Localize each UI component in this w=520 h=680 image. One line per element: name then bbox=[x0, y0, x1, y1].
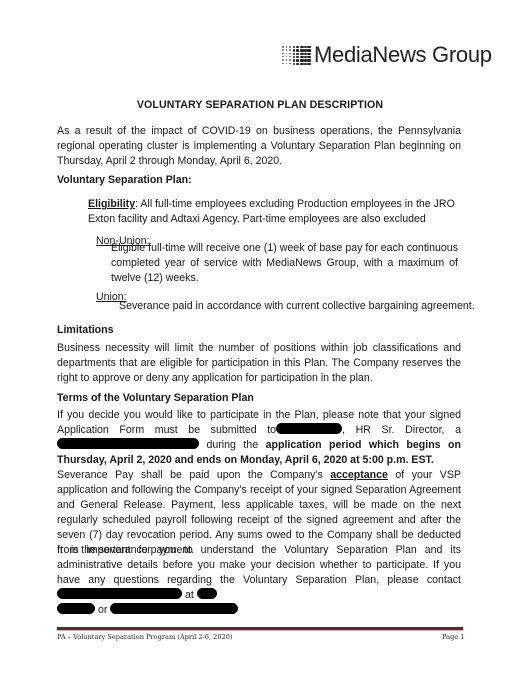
terms-p3-text-c: or bbox=[95, 604, 110, 616]
terms-p1-text-c: during the bbox=[207, 439, 266, 451]
footer-page-number: Page 1 bbox=[442, 633, 465, 641]
logo-text: MediaNews Group bbox=[314, 44, 492, 66]
footer-rule-shadow bbox=[57, 630, 463, 631]
redacted-email-2 bbox=[110, 603, 238, 614]
terms-p3-text-a: It is important for you to understand th… bbox=[57, 544, 461, 586]
terms-paragraph-1: If you decide you would like to particip… bbox=[57, 408, 461, 468]
union-text: Severance paid in accordance with curren… bbox=[119, 299, 479, 314]
document-title: VOLUNTARY SEPARATION PLAN DESCRIPTION bbox=[0, 99, 520, 111]
redacted-phone-cont bbox=[57, 603, 95, 614]
limitations-heading: Limitations bbox=[57, 324, 114, 336]
terms-paragraph-3: It is important for you to understand th… bbox=[57, 543, 461, 618]
terms-p3-text-b: at bbox=[182, 589, 197, 601]
footer-document-label: PA – Voluntary Separation Program (April… bbox=[57, 633, 232, 641]
redacted-email bbox=[57, 438, 199, 449]
terms-p1-text-b: , HR Sr. Director, a bbox=[342, 424, 461, 436]
redacted-contact bbox=[57, 588, 182, 599]
plan-heading: Voluntary Separation Plan: bbox=[57, 174, 192, 186]
company-logo: MediaNews Group bbox=[282, 44, 492, 66]
non-union-text: Eligible full-time will receive one (1) … bbox=[111, 241, 458, 286]
terms-p2-text-a: Severance Pay shall be paid upon the Com… bbox=[57, 469, 330, 481]
eligibility-text: : All full-time employees excluding Prod… bbox=[88, 198, 455, 225]
intro-paragraph: As a result of the impact of COVID-19 on… bbox=[57, 124, 461, 169]
eligibility-paragraph: Eligibility: All full-time employees exc… bbox=[88, 197, 458, 227]
eligibility-label: Eligibility bbox=[88, 198, 135, 210]
acceptance-text: acceptance bbox=[330, 469, 388, 481]
limitations-paragraph: Business necessity will limit the number… bbox=[57, 341, 461, 386]
redacted-name bbox=[276, 423, 342, 434]
redacted-phone bbox=[197, 588, 217, 599]
dot-matrix-bars-icon bbox=[282, 45, 312, 65]
terms-heading: Terms of the Voluntary Separation Plan bbox=[57, 392, 254, 404]
